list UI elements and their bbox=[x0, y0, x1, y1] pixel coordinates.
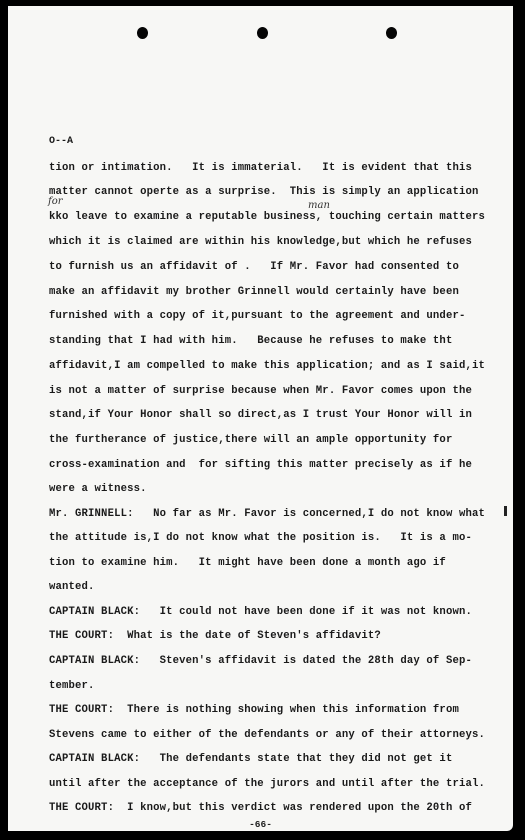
text-line: THE COURT: What is the date of Steven's … bbox=[49, 630, 381, 642]
text-line: wanted. bbox=[49, 581, 95, 593]
text-line: standing that I had with him. Because he… bbox=[49, 335, 452, 347]
text-line: stand,if Your Honor shall so direct,as I… bbox=[49, 409, 472, 421]
text-line: make an affidavit my brother Grinnell wo… bbox=[49, 286, 459, 298]
text-line: tion or intimation. It is immaterial. It… bbox=[49, 162, 472, 174]
text-line: tion to examine him. It might have been … bbox=[49, 557, 446, 569]
text-line: affidavit,I am compelled to make this ap… bbox=[49, 360, 485, 372]
text-line: the furtherance of justice,there will an… bbox=[49, 434, 452, 446]
text-line: to furnish us an affidavit of . If Mr. F… bbox=[49, 261, 459, 273]
punch-hole-center-icon bbox=[257, 27, 268, 39]
text-line: CAPTAIN BLACK: The defendants state that… bbox=[49, 753, 452, 765]
text-line: CAPTAIN BLACK: It could not have been do… bbox=[49, 606, 472, 618]
text-line: furnished with a copy of it,pursuant to … bbox=[49, 310, 465, 322]
handwritten-annotation-man: man bbox=[308, 200, 330, 211]
punch-hole-left-icon bbox=[137, 27, 148, 39]
document-page: O--A for man tion or intimation. It is i… bbox=[8, 6, 513, 831]
text-line: Mr. GRINNELL: No far as Mr. Favor is con… bbox=[49, 508, 485, 520]
text-line: THE COURT: There is nothing showing when… bbox=[49, 704, 459, 716]
text-line: cross-examination and for sifting this m… bbox=[49, 459, 472, 471]
edge-mark-icon bbox=[504, 506, 507, 516]
text-line: CAPTAIN BLACK: Steven's affidavit is dat… bbox=[49, 655, 472, 667]
punch-hole-right-icon bbox=[386, 27, 397, 39]
text-line: until after the acceptance of the jurors… bbox=[49, 778, 485, 790]
text-line: the attitude is,I do not know what the p… bbox=[49, 532, 472, 544]
text-line: matter cannot operte as a surprise. This… bbox=[49, 186, 478, 198]
text-line: were a witness. bbox=[49, 483, 147, 495]
text-line: THE COURT: I know,but this verdict was r… bbox=[49, 802, 472, 814]
text-line: kko leave to examine a reputable busines… bbox=[49, 211, 485, 223]
section-mark: O--A bbox=[49, 136, 73, 147]
text-line: which it is claimed are within his knowl… bbox=[49, 236, 472, 248]
page-number: -66- bbox=[8, 819, 513, 830]
text-line: tember. bbox=[49, 680, 95, 692]
text-line: Stevens came to either of the defendants… bbox=[49, 729, 485, 741]
text-line: is not a matter of surprise because when… bbox=[49, 385, 472, 397]
